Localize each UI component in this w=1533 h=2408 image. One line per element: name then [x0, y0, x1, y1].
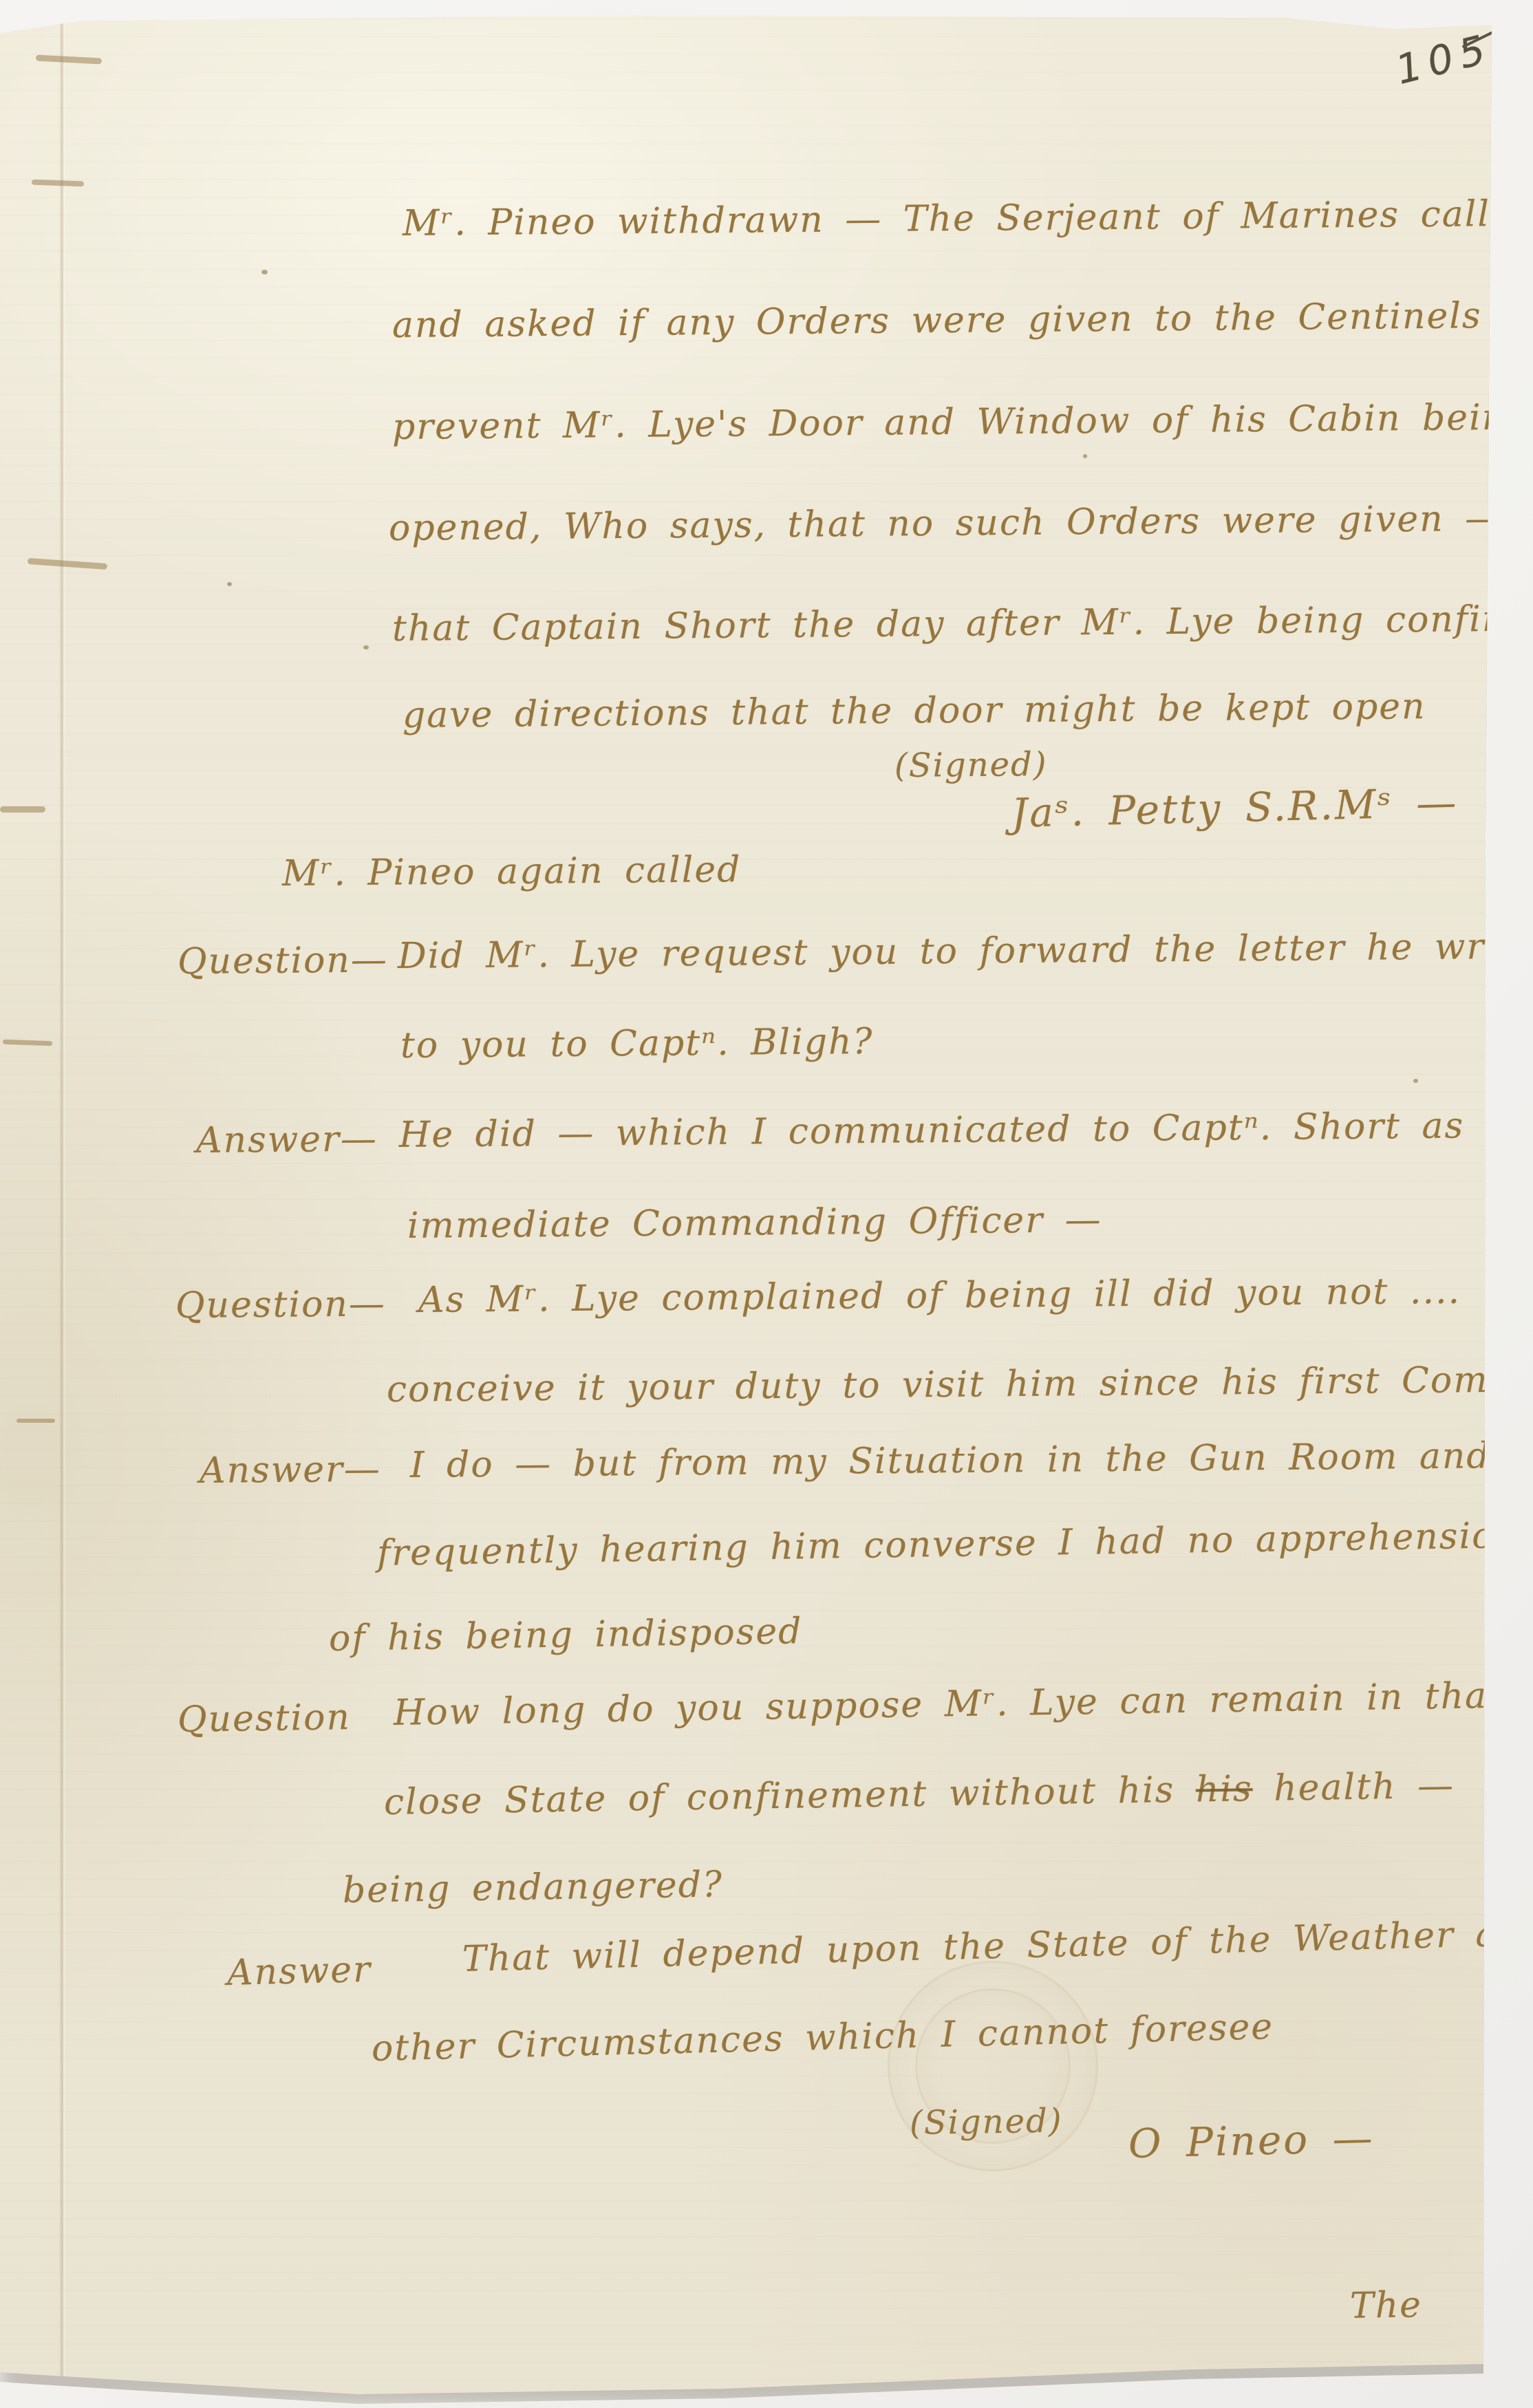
struck-line-pre: close State of confinement without his [384, 1769, 1197, 1823]
manuscript-line: prevent Mʳ. Lye's Door and Window of his… [392, 397, 1531, 448]
manuscript-line: that Captain Short the day after Mʳ. Lye… [392, 598, 1533, 649]
binding-crease [59, 21, 66, 2382]
ink-speck [363, 645, 369, 649]
recall-line: Mʳ. Pineo again called [282, 849, 742, 894]
answer-line: immediate Commanding Officer — [407, 1199, 1102, 1247]
page-number: 105 [1391, 25, 1497, 94]
answer-line: of his being indisposed [329, 1611, 803, 1659]
manuscript-line: opened, Who says, that no such Orders we… [389, 497, 1533, 549]
question-label: Question [178, 1697, 352, 1741]
answer-line: other Circumstances which I cannot fores… [371, 2006, 1274, 2070]
answer-line: frequently hearing him converse I had no… [377, 1515, 1520, 1574]
question-line: to you to Captⁿ. Bligh? [400, 1021, 874, 1066]
question-line: As Mʳ. Lye complained of being ill did y… [418, 1271, 1461, 1321]
ink-speck [227, 582, 232, 586]
manuscript-page: 105 Mʳ. Pineo withdrawn — The Serjeant o… [0, 0, 1533, 2408]
stitch-mark [32, 180, 84, 187]
manuscript-line: and asked if any Orders were given to th… [392, 294, 1533, 346]
answer-label: Answer— [196, 1119, 378, 1161]
ink-speck [1083, 454, 1087, 458]
catchword: The [1350, 2284, 1423, 2327]
question-line: being endangered? [343, 1864, 724, 1911]
struck-word: his [1195, 1768, 1253, 1810]
ink-speck [1413, 1079, 1418, 1083]
stitch-mark [36, 54, 102, 64]
signed-label: (Signed) [910, 2102, 1063, 2142]
signature-pineo: O Pineo — [1128, 2114, 1375, 2167]
answer-line: He did — which I communicated to Captⁿ. … [399, 1105, 1533, 1156]
question-line-struck: close State of confinement without his h… [384, 1765, 1455, 1823]
manuscript-scan: 105 Mʳ. Pineo withdrawn — The Serjeant o… [0, 0, 1533, 2408]
stitch-mark [28, 558, 107, 570]
answer-label: Answer [226, 1949, 372, 1994]
struck-line-tail: health — [1252, 1765, 1455, 1810]
ink-speck [261, 270, 268, 275]
manuscript-line: gave directions that the door might be k… [403, 686, 1426, 736]
question-line: How long do you suppose Mʳ. Lye can rema… [394, 1675, 1504, 1734]
question-label: Question— [178, 939, 388, 982]
question-label: Question— [175, 1283, 386, 1326]
question-line: Did Mʳ. Lye request you to forward the l… [398, 925, 1533, 977]
answer-label: Answer— [200, 1449, 381, 1492]
question-line: conceive it your duty to visit him since… [387, 1359, 1533, 1410]
manuscript-line: Mʳ. Pineo withdrawn — The Serjeant of Ma… [403, 193, 1533, 244]
signature-petty: Jaˢ. Petty S.R.Mˢ — [1011, 779, 1459, 837]
stitch-mark [0, 806, 45, 813]
answer-line: I do — but from my Situation in the Gun … [410, 1435, 1491, 1486]
stitch-mark [17, 1419, 55, 1423]
stitch-mark [3, 1040, 52, 1046]
signed-label: (Signed) [894, 745, 1048, 785]
